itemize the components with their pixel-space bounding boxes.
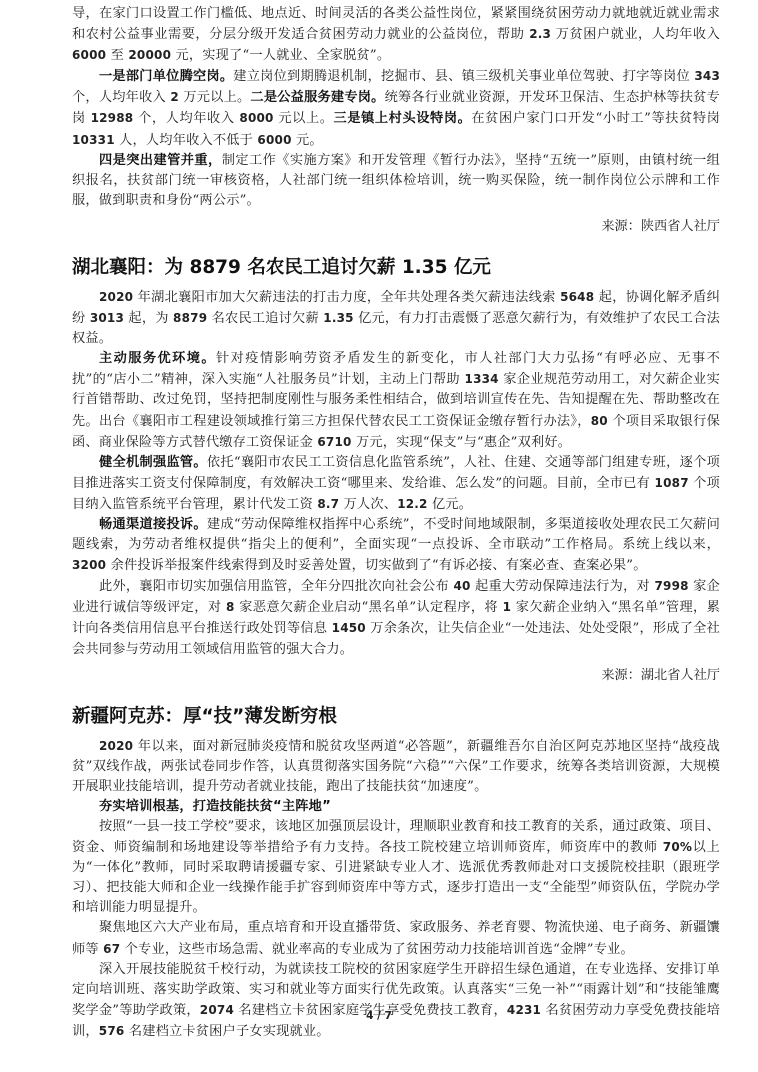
paragraph: 深入开展技能脱贫千校行动，为就读技工院校的贫困家庭学生开辟招生绿色通道，在专业选…: [72, 960, 720, 1042]
paragraph: 2020 年以来，面对新冠肺炎疫情和脱贫攻坚两道“必答题”，新疆维吾尔自治区阿克…: [72, 736, 720, 797]
section-title: 新疆阿克苏：厚“技”薄发断穷根: [72, 702, 720, 728]
paragraph: 主动服务优环境。针对疫情影响劳资矛盾发生的新变化，市人社部门大力弘扬“有呼必应、…: [72, 349, 720, 452]
source-attribution: 来源：陕西省人社厅: [72, 217, 720, 237]
paragraph: 四是突出建管并重，制定工作《实施方案》和开发管理《暂行办法》，坚持“五统一”原则…: [72, 151, 720, 211]
section-shaanxi: 导，在家门口设置工作门槛低、地点近、时间灵活的各类公益性岗位，紧紧围绕贫困劳动力…: [72, 4, 720, 237]
paragraph: 导，在家门口设置工作门槛低、地点近、时间灵活的各类公益性岗位，紧紧围绕贫困劳动力…: [72, 4, 720, 66]
section-xinjiang: 新疆阿克苏：厚“技”薄发断穷根 2020 年以来，面对新冠肺炎疫情和脱贫攻坚两道…: [72, 702, 720, 1042]
paragraph: 一是部门单位腾空岗。建立岗位到期腾退机制，挖掘市、县、镇三级机关事业单位驾驶、打…: [72, 66, 720, 150]
section-hubei: 湖北襄阳：为 8879 名农民工追讨欠薪 1.35 亿元 2020 年湖北襄阳市…: [72, 253, 720, 686]
section-title: 湖北襄阳：为 8879 名农民工追讨欠薪 1.35 亿元: [72, 253, 720, 279]
page-number: 4 / 7: [0, 1010, 758, 1022]
paragraph: 此外，襄阳市切实加强信用监管，全年分四批次向社会公布 40 起重大劳动保障违法行…: [72, 576, 720, 659]
paragraph: 聚焦地区六大产业布局，重点培育和开设直播带货、家政服务、养老育婴、物流快递、电子…: [72, 918, 720, 959]
document-page: 导，在家门口设置工作门槛低、地点近、时间灵活的各类公益性岗位，紧紧围绕贫困劳动力…: [72, 0, 720, 1042]
paragraph: 畅通渠道接投诉。建成“劳动保障维权指挥中心系统”，不受时间地域限制，多渠道接收处…: [72, 515, 720, 576]
paragraph: 健全机制强监管。依托“襄阳市农民工工资信息化监管系统”，人社、住建、交通等部门组…: [72, 453, 720, 515]
paragraph: 2020 年湖北襄阳市加大欠薪违法的打击力度，全年共处理各类欠薪违法线索 564…: [72, 287, 720, 349]
subheading: 夯实培训根基，打造技能扶贫“主阵地”: [72, 797, 720, 817]
source-attribution: 来源：湖北省人社厅: [72, 666, 720, 686]
paragraph: 按照“一县一技工学校”要求，该地区加强顶层设计，理顺职业教育和技工教育的关系，通…: [72, 817, 720, 918]
